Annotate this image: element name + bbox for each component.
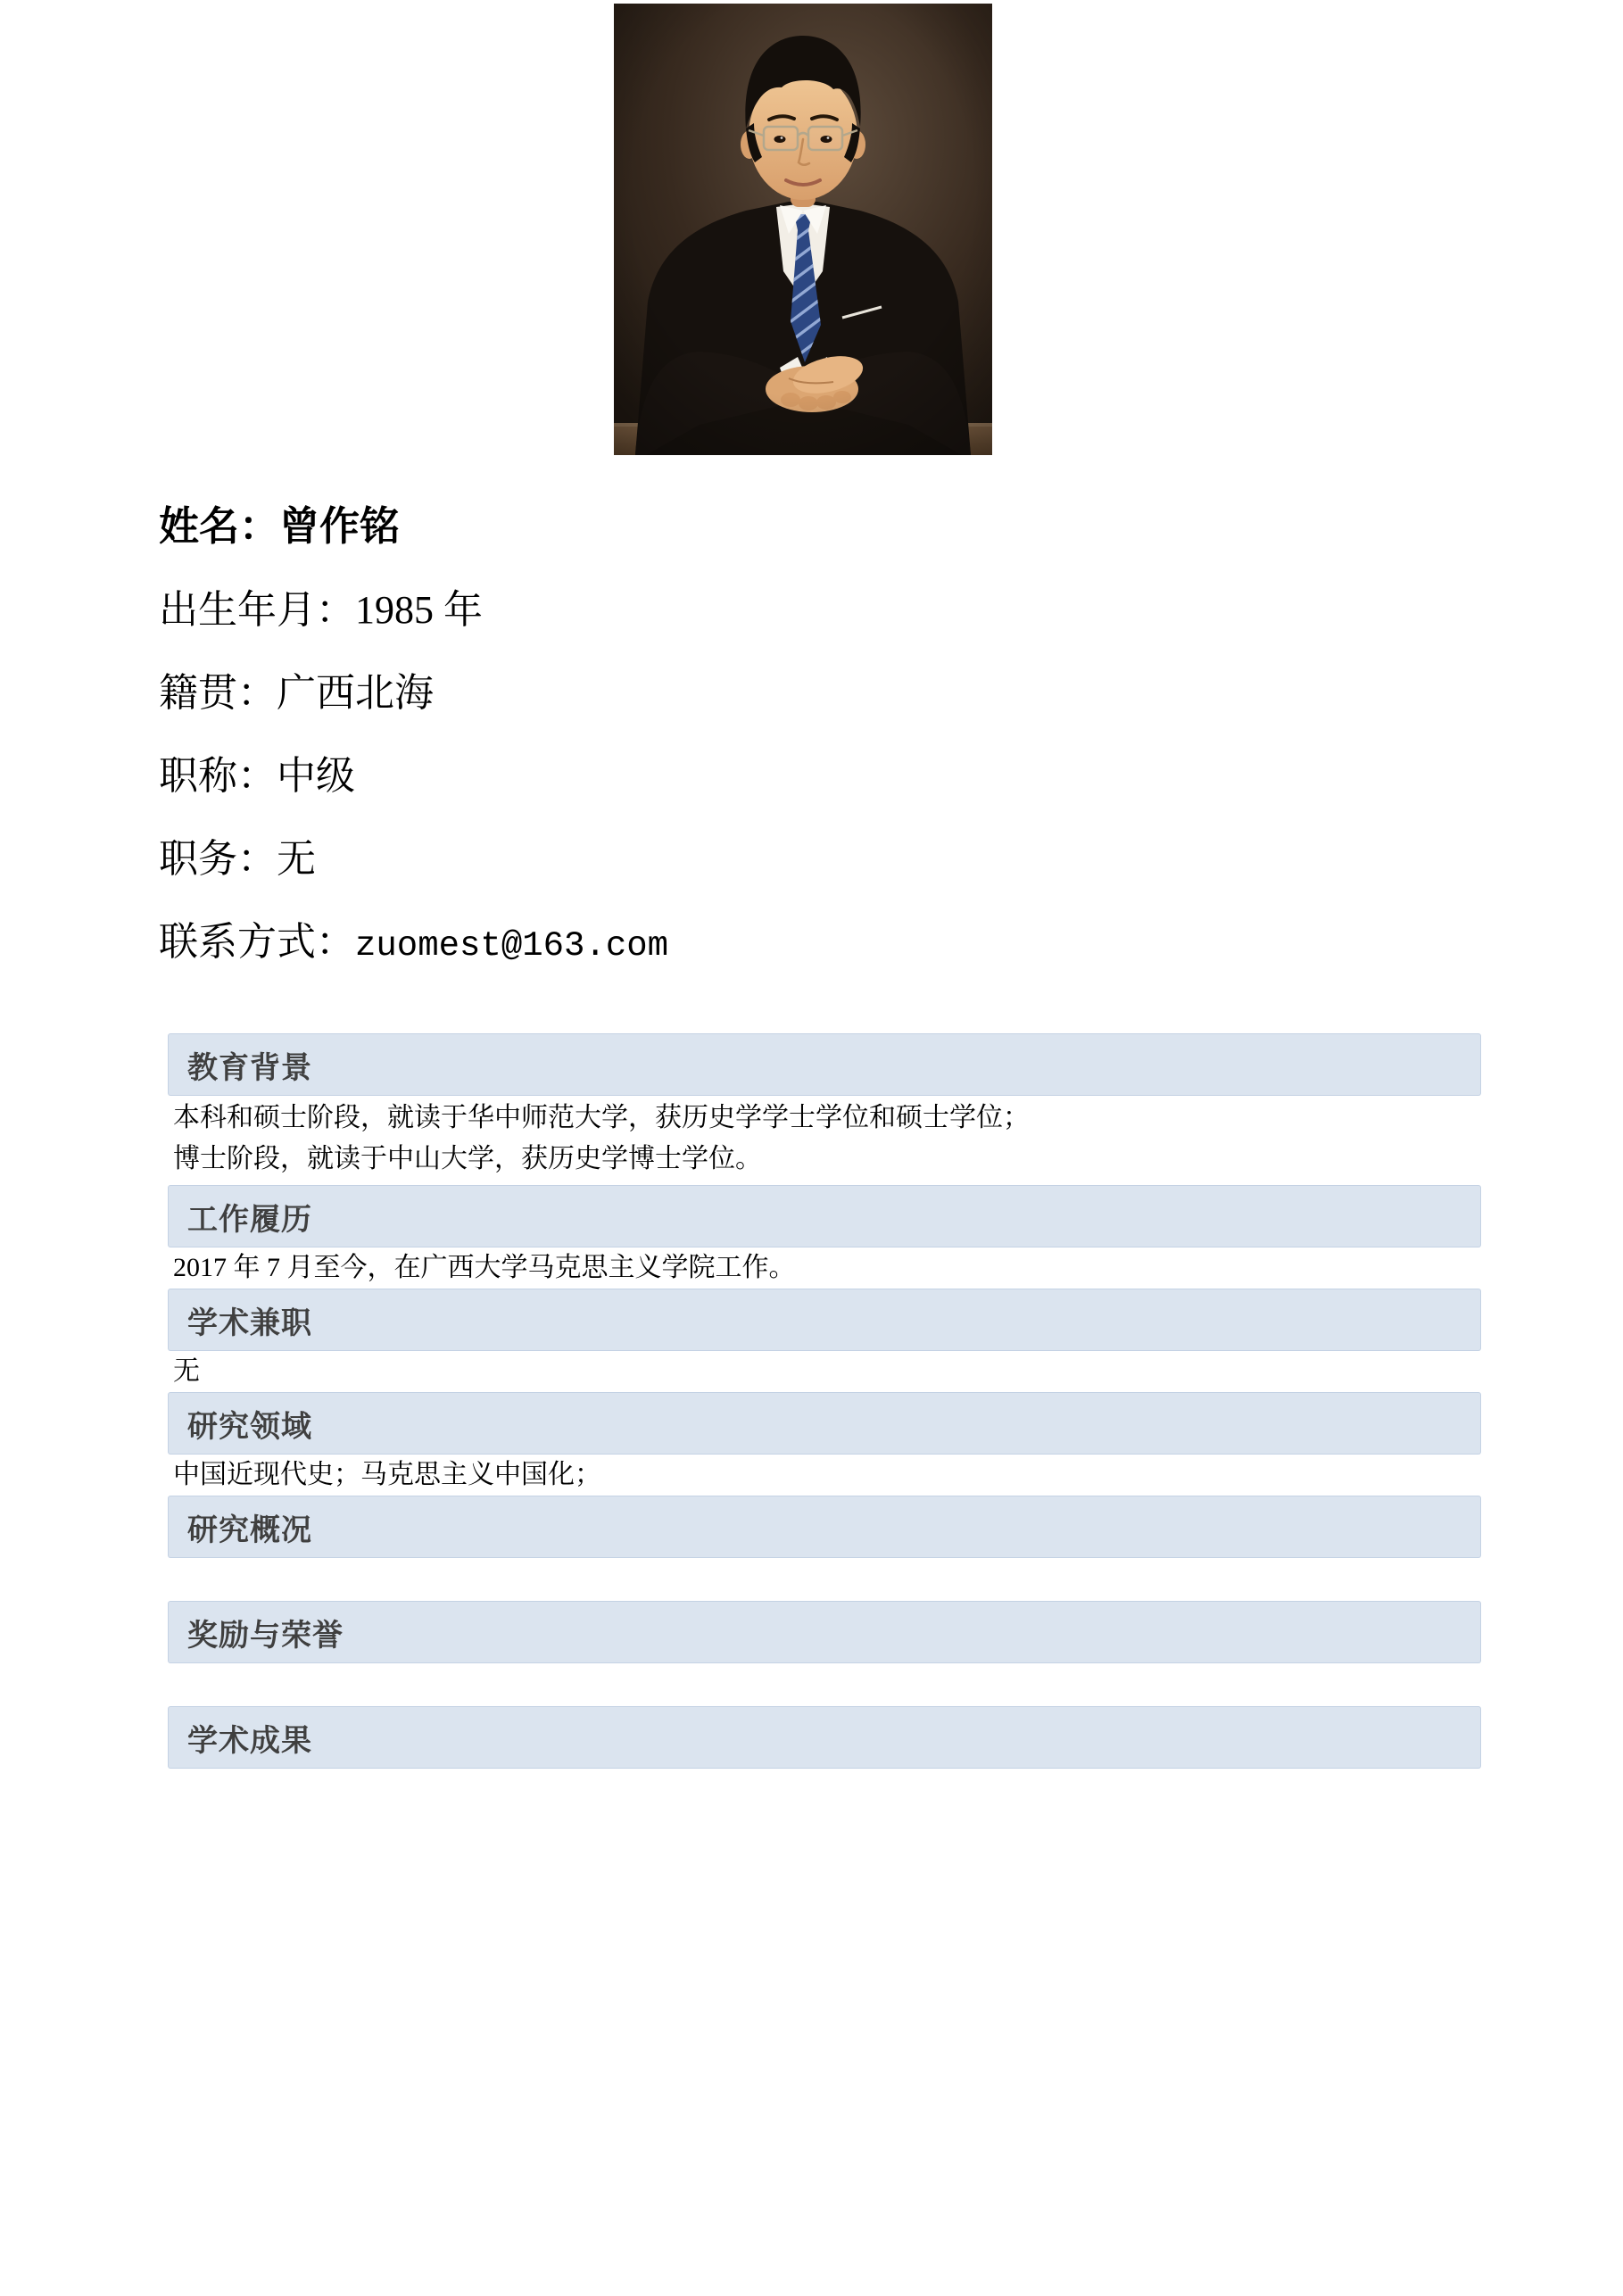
section-header-work-history: 工作履历	[168, 1185, 1481, 1247]
contact-line: 联系方式：zuomest@163.com	[159, 900, 668, 983]
section-body-research-fields: 中国近现代史；马克思主义中国化；	[168, 1455, 1481, 1496]
portrait-photo	[614, 4, 992, 455]
body-line: 2017 年 7 月至今，在广西大学马克思主义学院工作。	[173, 1247, 1481, 1289]
document-page: 姓名：曾作铭 出生年月：1985 年 籍贯：广西北海 职称：中级 职务：无 联系…	[0, 0, 1623, 2296]
position-line: 职务：无	[159, 817, 668, 900]
section-body-work-history: 2017 年 7 月至今，在广西大学马克思主义学院工作。	[168, 1247, 1481, 1289]
body-line: 无	[173, 1351, 1481, 1392]
section-body-research-overview	[168, 1558, 1481, 1601]
body-line: 中国近现代史；马克思主义中国化；	[173, 1455, 1481, 1496]
section-title: 研究概况	[187, 1505, 312, 1549]
section-title: 工作履历	[187, 1195, 312, 1239]
name-line: 姓名：曾作铭	[159, 485, 668, 568]
section-title: 学术兼职	[187, 1298, 312, 1342]
section-body-academic-posts: 无	[168, 1351, 1481, 1392]
section-header-research-fields: 研究领域	[168, 1392, 1481, 1455]
section-header-academic-achievements: 学术成果	[168, 1706, 1481, 1769]
profile-info: 姓名：曾作铭 出生年月：1985 年 籍贯：广西北海 职称：中级 职务：无 联系…	[159, 485, 668, 983]
birth-line: 出生年月：1985 年	[159, 568, 668, 651]
section-title: 教育背景	[187, 1043, 312, 1087]
section-body-education: 本科和硕士阶段，就读于华中师范大学，获历史学学士学位和硕士学位； 博士阶段，就读…	[168, 1096, 1481, 1185]
section-header-academic-posts: 学术兼职	[168, 1289, 1481, 1351]
section-header-research-overview: 研究概况	[168, 1496, 1481, 1558]
section-body-awards-honors	[168, 1663, 1481, 1706]
section-header-awards-honors: 奖励与荣誉	[168, 1601, 1481, 1663]
section-title: 研究领域	[187, 1402, 312, 1446]
section-title: 奖励与荣誉	[187, 1611, 344, 1654]
contact-label: 联系方式：	[159, 920, 355, 964]
body-line: 博士阶段，就读于中山大学，获历史学博士学位。	[173, 1139, 1481, 1180]
body-line: 本科和硕士阶段，就读于华中师范大学，获历史学学士学位和硕士学位；	[173, 1098, 1481, 1139]
section-header-education: 教育背景	[168, 1033, 1481, 1096]
job-title-line: 职称：中级	[159, 734, 668, 817]
native-place-line: 籍贯：广西北海	[159, 651, 668, 734]
section-title: 学术成果	[187, 1716, 312, 1760]
portrait-illustration	[614, 4, 992, 455]
sections-table: 教育背景 本科和硕士阶段，就读于华中师范大学，获历史学学士学位和硕士学位； 博士…	[168, 1033, 1481, 1769]
contact-email: zuomest@163.com	[355, 926, 668, 966]
